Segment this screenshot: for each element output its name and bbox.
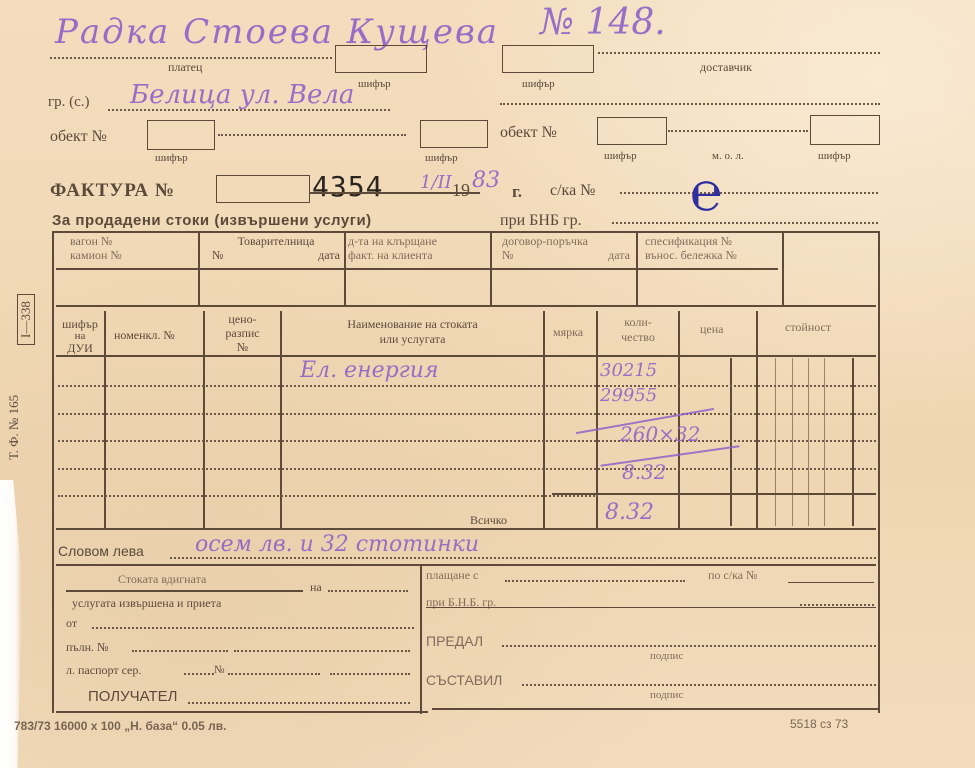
blue-signature: ℮ xyxy=(690,160,722,223)
in-words-value: осем лв. и 32 стотинки xyxy=(195,532,479,557)
handwritten-number: № 148. xyxy=(540,2,666,43)
recipient-label: ПОЛУЧАТЕЛ xyxy=(88,688,178,705)
payer-cipher-box[interactable] xyxy=(335,45,427,73)
passport-no-label: № xyxy=(214,664,225,676)
payer-line xyxy=(50,57,332,59)
th-unit: мярка xyxy=(553,325,583,340)
invoice-date-handwritten: 1/II xyxy=(420,172,452,193)
object-label-left: обект № xyxy=(50,128,107,146)
item-qty-1: 29955 xyxy=(600,385,657,406)
goods-lifted-underline-2 xyxy=(243,590,303,592)
th-price: цена xyxy=(700,322,724,337)
object-cipher-box-left[interactable] xyxy=(147,120,215,150)
value-sub-5 xyxy=(852,358,854,526)
item-name-0: Ел. енергия xyxy=(300,358,439,383)
th-price-list: цено- разпис № xyxy=(205,312,280,354)
th-wagon: вагон № камион № xyxy=(70,234,122,262)
handed-line xyxy=(502,645,876,647)
th-name: Наименование на стоката или услугата xyxy=(285,317,540,347)
in-words-label: Словом лева xyxy=(58,543,144,559)
total-label: Всичко xyxy=(470,513,507,528)
bank-label: при БНБ гр. xyxy=(500,212,582,230)
row-line-5 xyxy=(58,495,598,497)
it-header-line xyxy=(56,355,876,357)
year-suffix: г. xyxy=(512,182,522,202)
compiled-line xyxy=(522,684,876,686)
item-qty-2: 260×32 xyxy=(620,422,700,446)
th-nomenclature: номенкл. № xyxy=(114,328,175,343)
supplier-line xyxy=(598,52,880,54)
it-div-6 xyxy=(678,311,680,529)
goods-lifted-label: Стоката вдигната xyxy=(118,572,206,587)
th-cipher-dui: шифър на ДУИ xyxy=(56,318,104,354)
receipt-divider xyxy=(420,566,422,714)
bank-line xyxy=(612,222,878,224)
year-prefix: 19 xyxy=(452,180,470,201)
price-sub-1 xyxy=(730,358,732,526)
side-form-code: Т. Ф. № 165 xyxy=(6,395,22,460)
from-label: от xyxy=(66,616,77,631)
value-sub-1 xyxy=(775,358,776,526)
handed-label: ПРЕДАЛ xyxy=(426,633,483,649)
handed-signature-label: подпис xyxy=(650,650,683,662)
value-sub-4 xyxy=(824,358,825,526)
mol-cipher-label-right: шифър xyxy=(818,150,851,162)
th-spec: спесификация № вънос. бележка № xyxy=(645,234,737,262)
payer-label: платец xyxy=(168,60,202,75)
payment-bank-underline xyxy=(426,607,876,608)
payment-label: плащане с xyxy=(426,568,478,583)
th-waybill: Товарителница № дата xyxy=(212,234,340,262)
row-line-4 xyxy=(58,468,876,470)
row-line-3 xyxy=(58,440,876,442)
object-cipher-label-left: шифър xyxy=(155,152,188,164)
object-label-right: обект № xyxy=(500,124,557,142)
goods-lifted-underline xyxy=(66,590,246,592)
proxy-label: пълн. № xyxy=(66,640,109,655)
total-line xyxy=(552,493,876,495)
from-line xyxy=(92,627,414,629)
th-contract: договор-поръчка № дата xyxy=(502,234,630,262)
mol-line xyxy=(668,130,808,132)
proxy-line-2 xyxy=(234,650,410,652)
total-value: 8.32 xyxy=(605,500,654,525)
row-line-1 xyxy=(58,385,876,387)
table-left-border xyxy=(52,231,54,713)
footer-print-info: 783/73 16000 х 100 „Н. база“ 0.05 лв. xyxy=(14,719,227,733)
th-return-date: д-та на клърщане факт. на клиента xyxy=(348,234,437,262)
receipt-bottom xyxy=(56,711,428,713)
payer-handwritten: Радка Стоева Кущева xyxy=(55,12,499,52)
payment-bank-line xyxy=(800,604,874,606)
object-cipher-box-right[interactable] xyxy=(597,117,667,145)
in-words-bottom xyxy=(56,564,876,566)
proxy-line-1 xyxy=(132,650,228,652)
in-words-line xyxy=(170,557,876,559)
table-top-border xyxy=(52,231,880,233)
passport-line-3 xyxy=(330,673,410,675)
payment-line xyxy=(505,580,685,582)
side-form-box: I—338 xyxy=(17,294,35,345)
passport-label: л. паспорт сер. xyxy=(66,663,141,678)
supplier-cipher-label: шифър xyxy=(522,78,555,90)
th-quantity: коли- чество xyxy=(600,315,676,345)
payment-bottom xyxy=(432,708,878,710)
city-line xyxy=(108,109,390,111)
compiled-label: СЪСТАВИЛ xyxy=(426,672,502,688)
items-bottom-line xyxy=(56,528,876,530)
city-handwritten: Белица ул. Вела xyxy=(130,80,354,110)
invoice-number-box[interactable] xyxy=(216,175,310,203)
supplier-cipher-box[interactable] xyxy=(502,45,594,73)
account-line xyxy=(620,192,878,194)
footer-print-code: 5518 сз 73 xyxy=(790,717,848,731)
goods-lifted-line xyxy=(328,590,408,592)
service-accepted-label: услугата извършена и приета xyxy=(72,596,221,611)
tt-header-line xyxy=(56,268,778,270)
mol-cipher-box-right[interactable] xyxy=(810,115,880,145)
payment-account-line xyxy=(788,582,874,583)
payer-cipher-label: шифър xyxy=(358,78,391,90)
th-value: стойност xyxy=(785,320,831,335)
mol-cipher-label-left: шифър xyxy=(425,152,458,164)
mol-cipher-box-left[interactable] xyxy=(420,120,488,148)
payment-account-label: по с/ка № xyxy=(708,568,758,583)
year-handwritten: 83 xyxy=(472,168,500,193)
table-right-border xyxy=(878,231,880,713)
object-line-left xyxy=(218,134,406,136)
invoice-number: 4354 xyxy=(312,170,383,203)
it-div-7 xyxy=(756,311,758,529)
goods-lifted-on: на xyxy=(310,580,322,595)
value-sub-3 xyxy=(808,358,809,526)
supplier-label: доставчик xyxy=(700,60,752,75)
invoice-title: ФАКТУРА № xyxy=(50,180,175,202)
tt-div-5 xyxy=(782,233,784,305)
passport-no-line xyxy=(228,673,320,675)
item-qty-3: 8.32 xyxy=(622,460,667,484)
passport-series-line xyxy=(184,673,214,675)
city-line-right xyxy=(500,103,880,105)
city-label: гр. (с.) xyxy=(48,94,90,111)
item-qty-0: 30215 xyxy=(600,360,657,381)
invoice-subtitle: За продадени стоки (извършени услуги) xyxy=(52,212,372,229)
object-cipher-label-right: шифър xyxy=(604,150,637,162)
account-label: с/ка № xyxy=(550,182,595,200)
compiled-signature-label: подпис xyxy=(650,689,683,701)
row-line-2 xyxy=(58,413,876,415)
value-sub-2 xyxy=(792,358,793,526)
tt-bottom-line xyxy=(56,305,876,307)
recipient-line xyxy=(188,702,410,704)
